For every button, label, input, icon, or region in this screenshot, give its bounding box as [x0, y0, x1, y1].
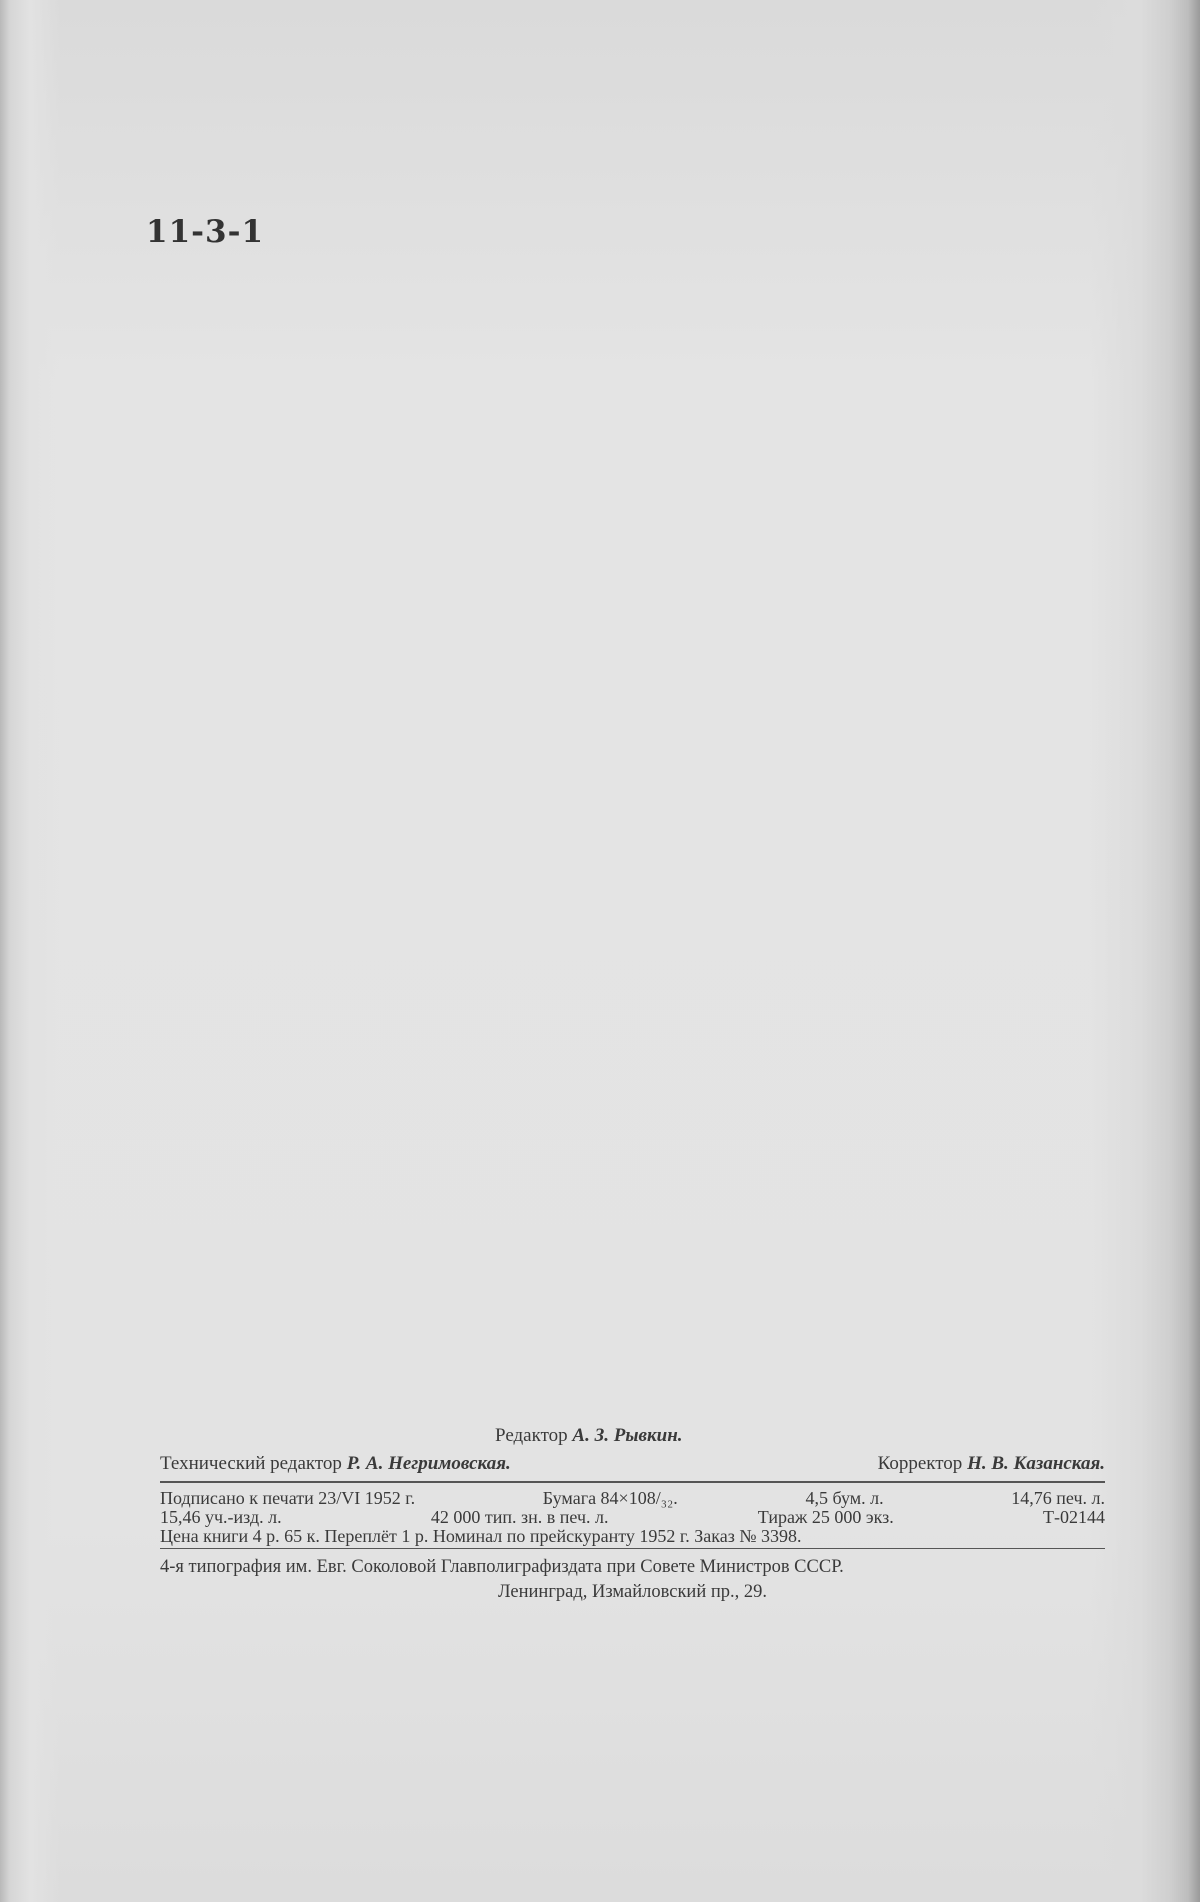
printer-line-2: Ленинград, Измайловский пр., 29. [160, 1580, 1105, 1605]
chars-per-sheet: 42 000 тип. зн. в печ. л. [431, 1508, 609, 1527]
specs-row-1: Подписано к печати 23/VI 1952 г. Бумага … [160, 1489, 1105, 1508]
license-number: Т-02144 [1043, 1508, 1105, 1527]
printed-sheets: 14,76 печ. л. [1011, 1489, 1105, 1508]
editor-label: Редактор [495, 1425, 568, 1446]
signed-to-print: Подписано к печати 23/VI 1952 г. [160, 1489, 415, 1508]
specs-row-2: 15,46 уч.-изд. л. 42 000 тип. зн. в печ.… [160, 1508, 1105, 1527]
editor-name: А. З. Рывкин. [572, 1425, 682, 1446]
divider-rule [160, 1481, 1105, 1483]
print-run: Тираж 25 000 экз. [758, 1508, 894, 1527]
paper-sheets: 4,5 бум. л. [805, 1489, 883, 1508]
tech-editor: Технический редактор Р. А. Негримовская. [160, 1453, 511, 1479]
printer-address: Ленинград, Измайловский пр., 29. [498, 1582, 767, 1602]
printer-name: 4-я типография им. Евг. Соколовой Главпо… [160, 1555, 844, 1580]
proofreader-label: Корректор [878, 1453, 963, 1474]
printer-line-1: 4-я типография им. Евг. Соколовой Главпо… [160, 1555, 1105, 1580]
tech-editor-label: Технический редактор [160, 1453, 342, 1474]
specs-row-3: Цена книги 4 р. 65 к. Переплёт 1 р. Номи… [160, 1527, 1105, 1546]
tech-editor-name: Р. А. Негримовская. [347, 1453, 511, 1474]
proofreader-name: Н. В. Казанская. [967, 1453, 1105, 1474]
imprint-block: Редактор А. З. Рывкин. Технический редак… [160, 1425, 1105, 1605]
scanned-page: 11-3-1 Редактор А. З. Рывкин. Технически… [0, 0, 1200, 1902]
signature-mark: 11-3-1 [146, 214, 264, 250]
credits-line: Технический редактор Р. А. Негримовская.… [160, 1453, 1105, 1479]
proofreader: Корректор Н. В. Казанская. [878, 1453, 1105, 1479]
publisher-sheets: 15,46 уч.-изд. л. [160, 1508, 282, 1527]
price-and-order: Цена книги 4 р. 65 к. Переплёт 1 р. Номи… [160, 1527, 802, 1546]
editor-line: Редактор А. З. Рывкин. [160, 1425, 1105, 1453]
divider-rule [160, 1548, 1105, 1549]
paper-format: Бумага 84×108/₃₂. [543, 1489, 678, 1508]
